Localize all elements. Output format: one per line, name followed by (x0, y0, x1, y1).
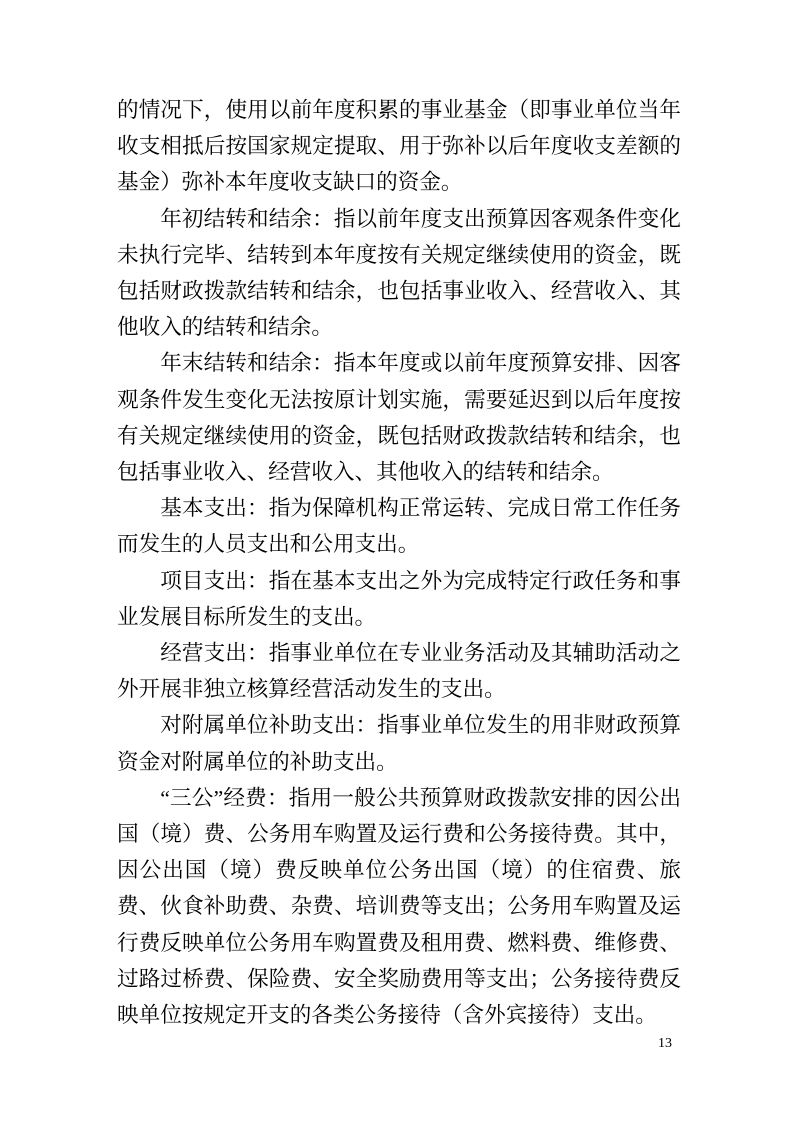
paragraph-project-expenditure: 项目支出：指在基本支出之外为完成特定行政任务和事业发展目标所发生的支出。 (117, 563, 681, 635)
paragraph-year-begin-carryover: 年初结转和结余：指以前年度支出预算因客观条件变化未执行完毕、结转到本年度按有关规… (117, 201, 681, 346)
paragraph-operating-expenditure: 经营支出：指事业单位在专业业务活动及其辅助活动之外开展非独立核算经营活动发生的支… (117, 635, 681, 707)
paragraph-year-end-carryover: 年末结转和结余：指本年度或以前年度预算安排、因客观条件发生变化无法按原计划实施，… (117, 345, 681, 490)
page-number: 13 (650, 1036, 680, 1052)
paragraph-subsidy-to-affiliates: 对附属单位补助支出：指事业单位发生的用非财政预算资金对附属单位的补助支出。 (117, 707, 681, 779)
paragraph-three-public-expenses: “三公”经费：指用一般公共预算财政拨款安排的因公出国（境）费、公务用车购置及运行… (117, 780, 681, 1033)
document-page: 的情况下，使用以前年度积累的事业基金（即事业单位当年收支相抵后按国家规定提取、用… (0, 0, 793, 1122)
paragraph-basic-expenditure: 基本支出：指为保障机构正常运转、完成日常工作任务而发生的人员支出和公用支出。 (117, 490, 681, 562)
document-body: 的情况下，使用以前年度积累的事业基金（即事业单位当年收支相抵后按国家规定提取、用… (117, 92, 681, 1033)
paragraph-continuation: 的情况下，使用以前年度积累的事业基金（即事业单位当年收支相抵后按国家规定提取、用… (117, 92, 681, 201)
